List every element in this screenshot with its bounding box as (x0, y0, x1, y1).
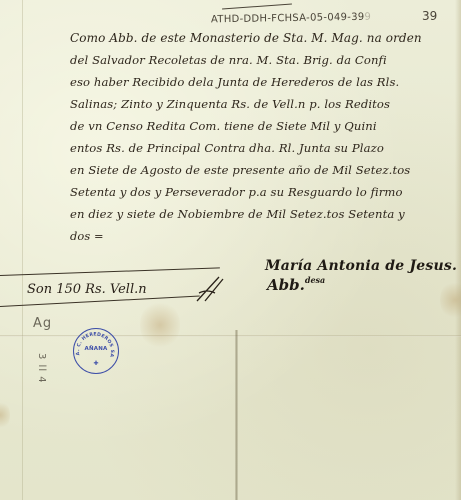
archive-reference-text: ATHD-DDH-FCHSA-05-049-39 (211, 12, 365, 26)
signature-title: Abb.desa (267, 275, 455, 294)
archive-reference: ATHD-DDH-FCHSA-05-049-399 (211, 12, 371, 26)
archive-reference-faded: 9 (364, 12, 371, 23)
body-line: de vn Censo Redita Com. tiene de Siete M… (70, 115, 458, 137)
horizontal-fold (0, 335, 461, 337)
signature-title-superscript: desa (305, 275, 325, 285)
amount-top-rule (0, 267, 220, 276)
signature-title-text: Abb. (267, 276, 305, 294)
manuscript-body: Como Abb. de este Monasterio de Sta. M. … (70, 27, 458, 247)
body-line: del Salvador Recoletas de nra. M. Sta. B… (70, 49, 458, 71)
body-line: en Siete de Agosto de este presente año … (70, 159, 458, 181)
body-line: eso haber Recibido dela Junta de Hereder… (70, 71, 458, 93)
signature-name: María Antonia de Jesus. (265, 258, 455, 274)
body-line: Como Abb. de este Monasterio de Sta. M. … (70, 27, 458, 49)
svg-text:A. C. HEREDEROS SALINAS: A. C. HEREDEROS SALINAS (72, 327, 115, 358)
stamp-cross-icon: ✚ (74, 361, 118, 367)
signature-block: María Antonia de Jesus. Abb.desa (265, 258, 455, 294)
amount-note: Son 150 Rs. Vell.n (27, 282, 147, 297)
pencil-annotation-side: 3 ll 4 (36, 353, 47, 384)
margin-line (22, 0, 23, 500)
body-line: Salinas; Zinto y Zinquenta Rs. de Vell.n… (70, 93, 458, 115)
folio-number: 39 (422, 9, 437, 23)
vertical-fold (235, 330, 238, 500)
body-line: en diez y siete de Nobiembre de Mil Sete… (70, 203, 458, 225)
body-line: Setenta y dos y Perseverador p.a su Resg… (70, 181, 458, 203)
ref-strikethrough (222, 4, 292, 10)
archive-stamp: A. C. HEREDEROS SALINAS AÑANA ✚ (73, 328, 119, 374)
body-line: dos = (70, 225, 458, 247)
pencil-annotation-top: Ag (33, 316, 52, 331)
body-line: entos Rs. de Principal Contra dha. Rl. J… (70, 137, 458, 159)
amount-bottom-rule (0, 296, 200, 307)
rubric-mark-icon (195, 275, 225, 303)
manuscript-page: ATHD-DDH-FCHSA-05-049-399 39 Como Abb. d… (0, 0, 461, 500)
paper-stain (0, 400, 10, 430)
stamp-center-text: AÑANA (74, 346, 118, 352)
stamp-ring-text: A. C. HEREDEROS SALINAS (72, 327, 115, 358)
amount-note-box: Son 150 Rs. Vell.n (0, 273, 230, 311)
